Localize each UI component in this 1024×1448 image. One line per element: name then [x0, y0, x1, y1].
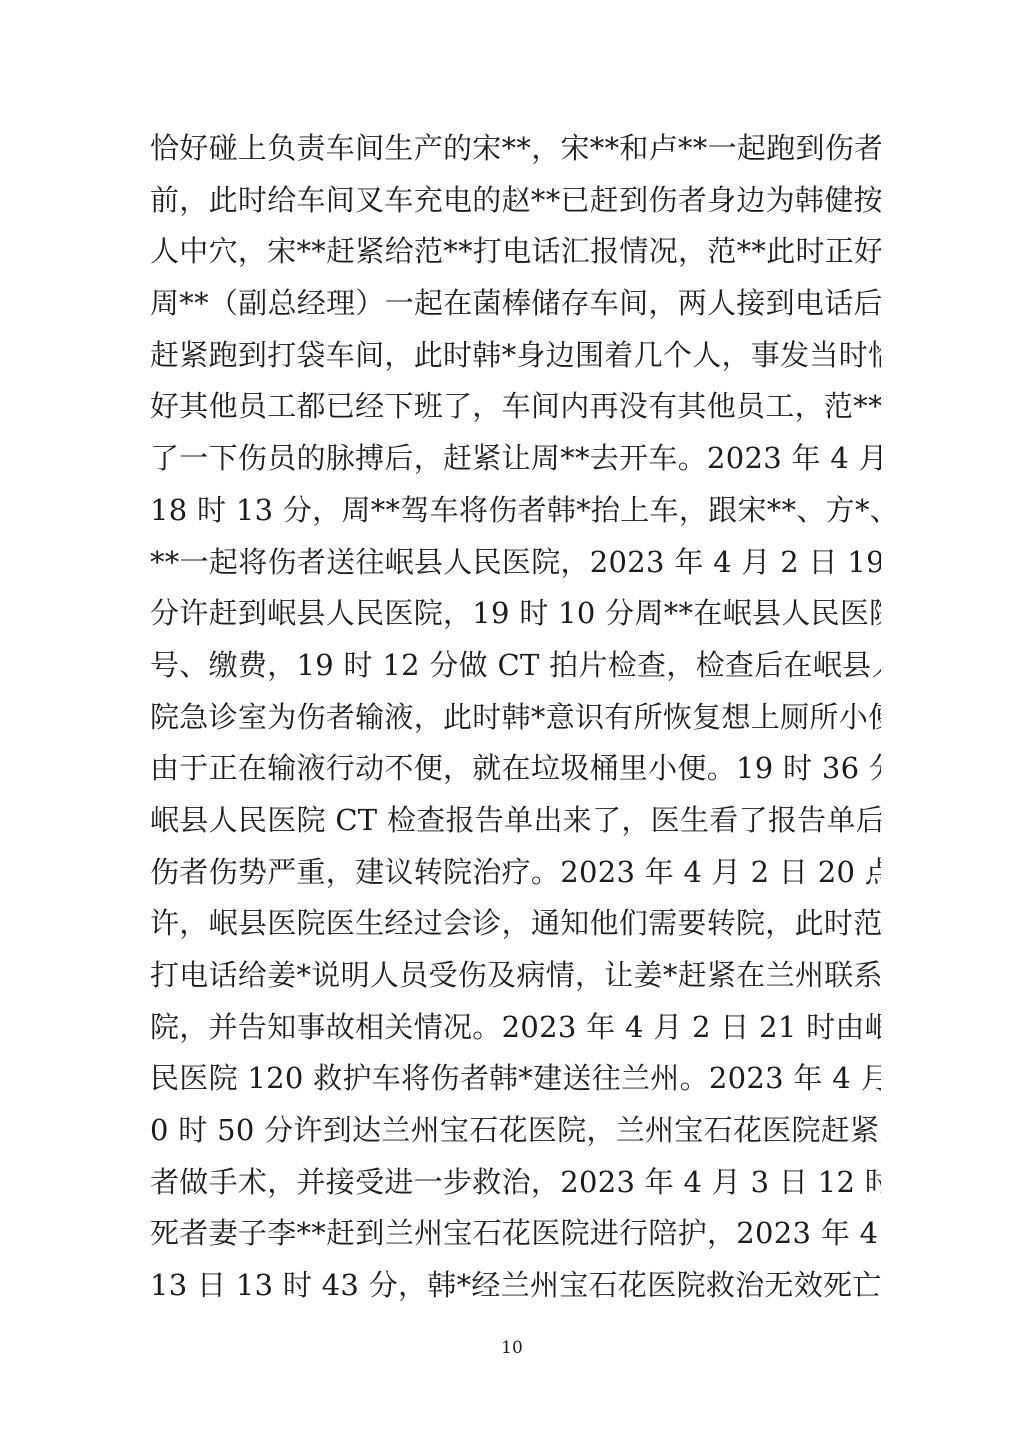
text-line: 18 时 13 分，周**驾车将伤者韩*抬上车，跟宋**、方*、赵 — [150, 485, 881, 537]
page-number: 10 — [0, 1336, 1024, 1360]
text-line: 0 时 50 分许到达兰州宝石花医院，兰州宝石花医院赶紧为伤 — [150, 1105, 881, 1157]
text-line: 岷县人民医院 CT 检查报告单出来了，医生看了报告单后说 — [150, 795, 881, 847]
text-line: 13 日 13 时 43 分，韩*经兰州宝石花医院救治无效死亡。 — [150, 1260, 881, 1312]
text-line: 者做手术，并接受进一步救治，2023 年 4 月 3 日 12 时许， — [150, 1157, 881, 1209]
document-page-body: 恰好碰上负责车间生产的宋**，宋**和卢**一起跑到伤者跟 前，此时给车间叉车充… — [150, 123, 881, 1312]
text-line: 由于正在输液行动不便，就在垃圾桶里小便。19 时 36 分， — [150, 743, 881, 795]
text-line: 打电话给姜*说明人员受伤及病情，让姜*赶紧在兰州联系医 — [150, 950, 881, 1002]
text-line: 许，岷县医院医生经过会诊，通知他们需要转院，此时范** — [150, 898, 881, 950]
text-line: 分许赶到岷县人民医院，19 时 10 分周**在岷县人民医院挂 — [150, 588, 881, 640]
text-line: 人中穴，宋**赶紧给范**打电话汇报情况，范**此时正好跟 — [150, 226, 881, 278]
text-line: 周**（副总经理）一起在菌棒储存车间，两人接到电话后就 — [150, 278, 881, 330]
text-line: 前，此时给车间叉车充电的赵**已赶到伤者身边为韩健按压 — [150, 175, 881, 227]
text-line: 了一下伤员的脉搏后，赶紧让周**去开车。2023 年 4 月 2 日 — [150, 433, 881, 485]
text-line: 好其他员工都已经下班了，车间内再没有其他员工，范**摸 — [150, 381, 881, 433]
text-line: 赶紧跑到打袋车间，此时韩*身边围着几个人，事发当时恰 — [150, 330, 881, 382]
text-line: 院，并告知事故相关情况。2023 年 4 月 2 日 21 时由岷县人 — [150, 1002, 881, 1054]
text-line: 号、缴费，19 时 12 分做 CT 拍片检查，检查后在岷县人民医 — [150, 640, 881, 692]
text-line: 伤者伤势严重，建议转院治疗。2023 年 4 月 2 日 20 点 10 分 — [150, 847, 881, 899]
text-line: 院急诊室为伤者输液，此时韩*意识有所恢复想上厕所小便， — [150, 692, 881, 744]
text-line: **一起将伤者送往岷县人民医院，2023 年 4 月 2 日 19 时 08 — [150, 537, 881, 589]
text-line: 死者妻子李**赶到兰州宝石花医院进行陪护，2023 年 4 月 — [150, 1208, 881, 1260]
text-line: 民医院 120 救护车将伤者韩*建送往兰州。2023 年 4 月 3 日 — [150, 1053, 881, 1105]
text-line: 恰好碰上负责车间生产的宋**，宋**和卢**一起跑到伤者跟 — [150, 123, 881, 175]
